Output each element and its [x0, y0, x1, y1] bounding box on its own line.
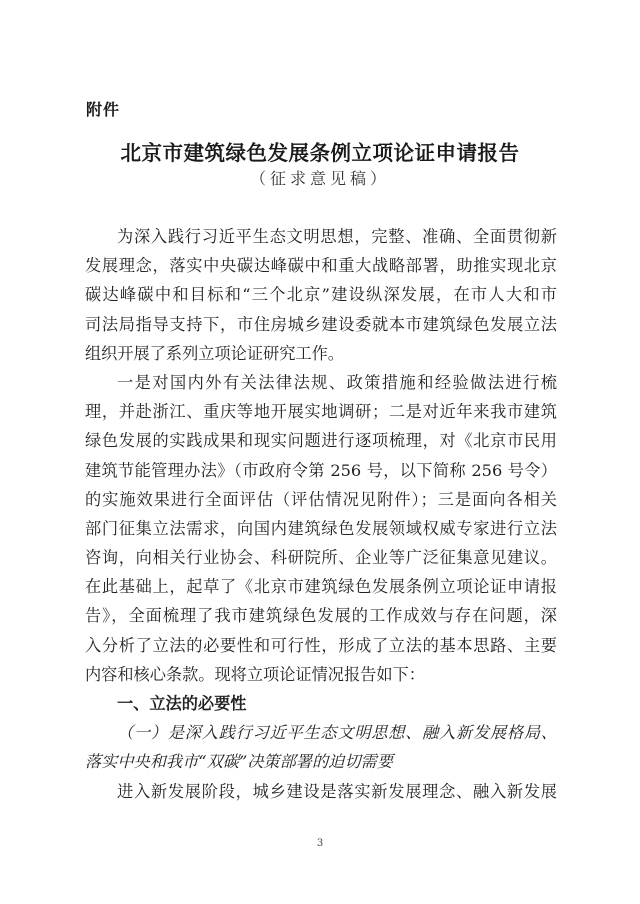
paragraph-line: 告》，全面梳理了我市建筑绿色发展的工作成效与存在问题，深	[85, 601, 557, 630]
paragraph-line: 为深入践行习近平生态文明思想，完整、准确、全面贯彻新	[85, 222, 557, 251]
paragraph-line: 司法局指导支持下，市住房城乡建设委就本市建筑绿色发展立法	[85, 310, 557, 339]
paragraph-line: 内容和核心条款。现将立项论证情况报告如下：	[85, 660, 557, 689]
paragraph-line: 组织开展了系列立项论证研究工作。	[85, 339, 557, 368]
section-heading: 一、立法的必要性	[85, 689, 557, 718]
attachment-label: 附件	[86, 97, 120, 120]
paragraph-line: 的实施效果进行全面评估（评估情况见附件）；三是面向各相关	[85, 485, 557, 514]
paragraph-line: 部门征集立法需求，向国内建筑绿色发展领域权威专家进行立法	[85, 514, 557, 543]
paragraph-line: 入分析了立法的必要性和可行性，形成了立法的基本思路、主要	[85, 631, 557, 660]
page-number: 3	[0, 838, 640, 849]
paragraph-line: 咨询，向相关行业协会、科研院所、企业等广泛征集意见建议。	[85, 543, 557, 572]
document-subtitle: （征求意见稿）	[0, 166, 640, 189]
document-page: 附件 北京市建筑绿色发展条例立项论证申请报告 （征求意见稿） 为深入践行习近平生…	[0, 0, 640, 904]
paragraph-line: 理，并赴浙江、重庆等地开展实地调研；二是对近年来我市建筑	[85, 397, 557, 426]
paragraph-line: 发展理念，落实中央碳达峰碳中和重大战略部署，助推实现北京	[85, 251, 557, 280]
subsection-heading: 落实中央和我市“双碳”决策部署的迫切需要	[85, 747, 557, 776]
document-body: 为深入践行习近平生态文明思想，完整、准确、全面贯彻新发展理念，落实中央碳达峰碳中…	[85, 222, 557, 806]
paragraph-line: 绿色发展的实践成果和现实问题进行逐项梳理，对《北京市民用	[85, 426, 557, 455]
subsection-heading: （一）是深入践行习近平生态文明思想、融入新发展格局、	[85, 718, 557, 747]
paragraph-line: 碳达峰碳中和目标和“三个北京”建设纵深发展，在市人大和市	[85, 280, 557, 309]
paragraph-line: 一是对国内外有关法律法规、政策措施和经验做法进行梳	[85, 368, 557, 397]
paragraph-line: 在此基础上，起草了《北京市建筑绿色发展条例立项论证申请报	[85, 572, 557, 601]
paragraph-line: 建筑节能管理办法》（市政府令第 256 号，以下简称 256 号令）	[85, 456, 557, 485]
paragraph-line: 进入新发展阶段，城乡建设是落实新发展理念、融入新发展	[85, 777, 557, 806]
document-title: 北京市建筑绿色发展条例立项论证申请报告	[0, 136, 640, 166]
